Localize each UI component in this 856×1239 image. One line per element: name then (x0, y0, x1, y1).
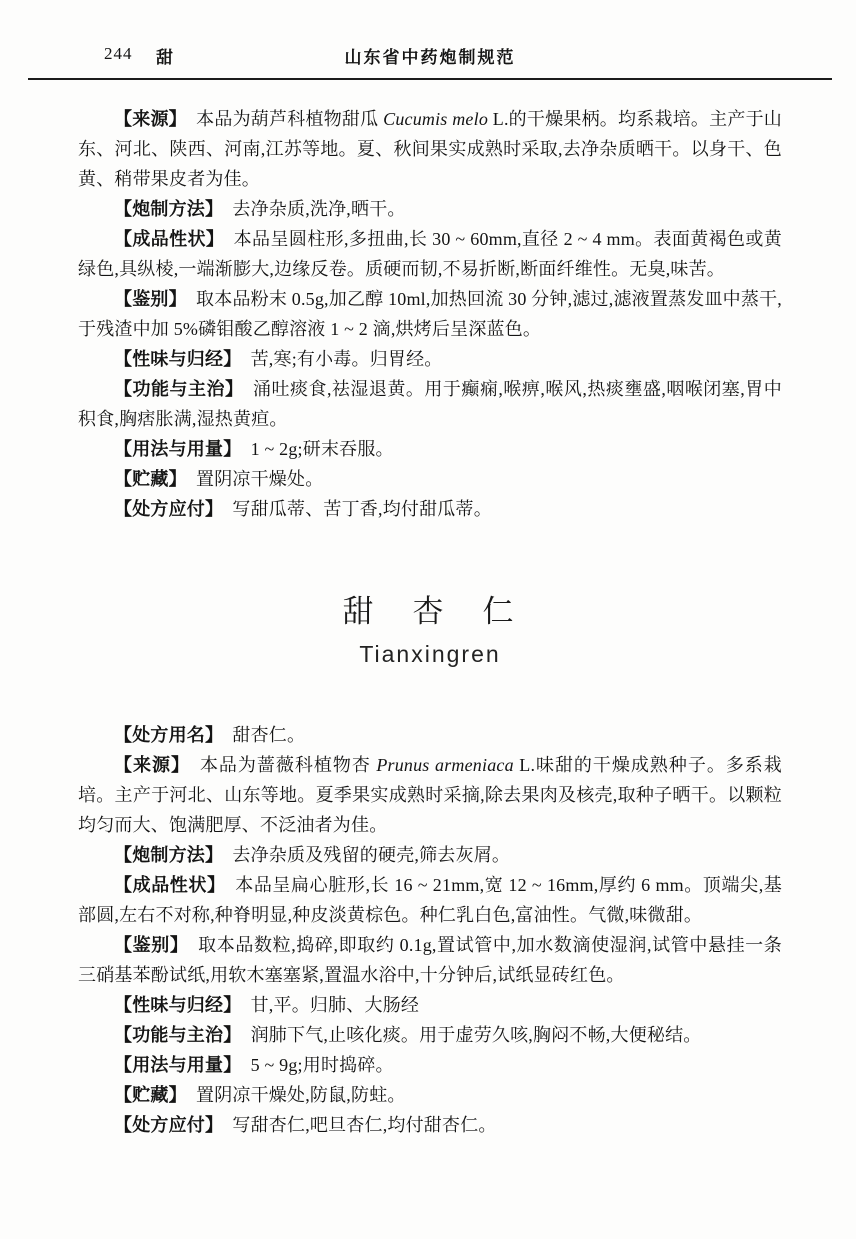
paragraph-text: 1 ~ 2g;研末吞服。 (232, 439, 393, 459)
paragraph-text: 取本品粉末 0.5g,加乙醇 10ml,加热回流 30 分钟,滤过,滤液置蒸发皿… (78, 289, 782, 339)
paragraph-text: 写甜杏仁,吧旦杏仁,均付甜杏仁。 (214, 1115, 496, 1135)
entry-title-pinyin: Tianxingren (78, 641, 782, 668)
paragraph-text: 润肺下气,止咳化痰。用于虚劳久咳,胸闷不畅,大便秘结。 (232, 1025, 701, 1045)
paragraph-text: 去净杂质,洗净,晒干。 (214, 199, 405, 219)
paragraph-label: 【成品性状】 (114, 229, 215, 249)
entry-paragraph: 【来源】 本品为蔷薇科植物杏 Prunus armeniaca L.味甜的干燥成… (78, 750, 782, 840)
paragraph-text: 置阴凉干燥处。 (178, 469, 324, 489)
entry-paragraph: 【处方应付】 写甜杏仁,吧旦杏仁,均付甜杏仁。 (78, 1110, 782, 1140)
entry-paragraph: 【鉴别】 取本品粉末 0.5g,加乙醇 10ml,加热回流 30 分钟,滤过,滤… (78, 284, 782, 344)
entry-paragraph: 【性味与归经】 苦,寒;有小毒。归胃经。 (78, 344, 782, 374)
paragraph-label: 【处方应付】 (114, 499, 214, 519)
entry-paragraph: 【成品性状】 本品呈扁心脏形,长 16 ~ 21mm,宽 12 ~ 16mm,厚… (78, 870, 782, 930)
entry-paragraph: 【功能与主治】 润肺下气,止咳化痰。用于虚劳久咳,胸闷不畅,大便秘结。 (78, 1020, 782, 1050)
entry-paragraph: 【处方应付】 写甜瓜蒂、苦丁香,均付甜瓜蒂。 (78, 494, 782, 524)
entry-tianguadi-body: 【来源】 本品为葫芦科植物甜瓜 Cucumis melo L.的干燥果柄。均系栽… (78, 104, 782, 524)
paragraph-label: 【炮制方法】 (114, 199, 214, 219)
entry-paragraph: 【炮制方法】 去净杂质,洗净,晒干。 (78, 194, 782, 224)
paragraph-label: 【用法与用量】 (114, 439, 232, 459)
paragraph-text: 去净杂质及残留的硬壳,筛去灰屑。 (214, 845, 510, 865)
paragraph-text: 甘,平。归肺、大肠经 (232, 995, 419, 1015)
paragraph-text: 写甜瓜蒂、苦丁香,均付甜瓜蒂。 (214, 499, 492, 519)
latin-species-name: Cucumis melo (383, 109, 488, 129)
paragraph-label: 【贮藏】 (114, 1085, 178, 1105)
paragraph-label: 【来源】 (114, 755, 181, 775)
entry-paragraph: 【贮藏】 置阴凉干燥处,防鼠,防蛀。 (78, 1080, 782, 1110)
entry-tianxingren-body: 【处方用名】 甜杏仁。【来源】 本品为蔷薇科植物杏 Prunus armenia… (78, 720, 782, 1140)
paragraph-label: 【来源】 (114, 109, 178, 129)
header-rule (28, 78, 832, 80)
entry-paragraph: 【炮制方法】 去净杂质及残留的硬壳,筛去灰屑。 (78, 840, 782, 870)
paragraph-label: 【炮制方法】 (114, 845, 214, 865)
paragraph-label: 【处方用名】 (114, 725, 214, 745)
paragraph-text: 本品为葫芦科植物甜瓜 (178, 109, 383, 129)
entry-paragraph: 【处方用名】 甜杏仁。 (78, 720, 782, 750)
entry-paragraph: 【用法与用量】 5 ~ 9g;用时捣碎。 (78, 1050, 782, 1080)
entry-title-block: 甜 杏 仁 Tianxingren (78, 586, 782, 668)
paragraph-text: 本品为蔷薇科植物杏 (181, 755, 376, 775)
paragraph-label: 【功能与主治】 (114, 1025, 232, 1045)
entry-paragraph: 【功能与主治】 涌吐痰食,祛湿退黄。用于癫痫,喉痹,喉风,热痰壅盛,咽喉闭塞,胃… (78, 374, 782, 434)
paragraph-text: 5 ~ 9g;用时捣碎。 (232, 1055, 393, 1075)
paragraph-label: 【功能与主治】 (114, 379, 234, 399)
entry-paragraph: 【成品性状】 本品呈圆柱形,多扭曲,长 30 ~ 60mm,直径 2 ~ 4 m… (78, 224, 782, 284)
entry-paragraph: 【鉴别】 取本品数粒,捣碎,即取约 0.1g,置试管中,加水数滴使湿润,试管中悬… (78, 930, 782, 990)
paragraph-label: 【鉴别】 (114, 935, 179, 955)
paragraph-label: 【性味与归经】 (114, 995, 232, 1015)
latin-species-name: Prunus armeniaca (376, 755, 513, 775)
paragraph-text: 置阴凉干燥处,防鼠,防蛀。 (178, 1085, 406, 1105)
paragraph-label: 【鉴别】 (114, 289, 178, 309)
entry-paragraph: 【贮藏】 置阴凉干燥处。 (78, 464, 782, 494)
paragraph-label: 【贮藏】 (114, 469, 178, 489)
paragraph-label: 【处方应付】 (114, 1115, 214, 1135)
paragraph-text: 苦,寒;有小毒。归胃经。 (232, 349, 442, 369)
scanned-page: 244 甜 山东省中药炮制规范 【来源】 本品为葫芦科植物甜瓜 Cucumis … (0, 0, 856, 1140)
paragraph-label: 【成品性状】 (114, 875, 217, 895)
book-title: 山东省中药炮制规范 (78, 43, 782, 68)
paragraph-text: 甜杏仁。 (214, 725, 305, 745)
entry-paragraph: 【来源】 本品为葫芦科植物甜瓜 Cucumis melo L.的干燥果柄。均系栽… (78, 104, 782, 194)
paragraph-label: 【用法与用量】 (114, 1055, 232, 1075)
paragraph-text: 取本品数粒,捣碎,即取约 0.1g,置试管中,加水数滴使湿润,试管中悬挂一条三硝… (78, 935, 782, 985)
paragraph-label: 【性味与归经】 (114, 349, 232, 369)
page-header: 244 甜 山东省中药炮制规范 (78, 40, 782, 70)
entry-title-cn: 甜 杏 仁 (78, 586, 782, 631)
entry-paragraph: 【用法与用量】 1 ~ 2g;研末吞服。 (78, 434, 782, 464)
entry-paragraph: 【性味与归经】 甘,平。归肺、大肠经 (78, 990, 782, 1020)
